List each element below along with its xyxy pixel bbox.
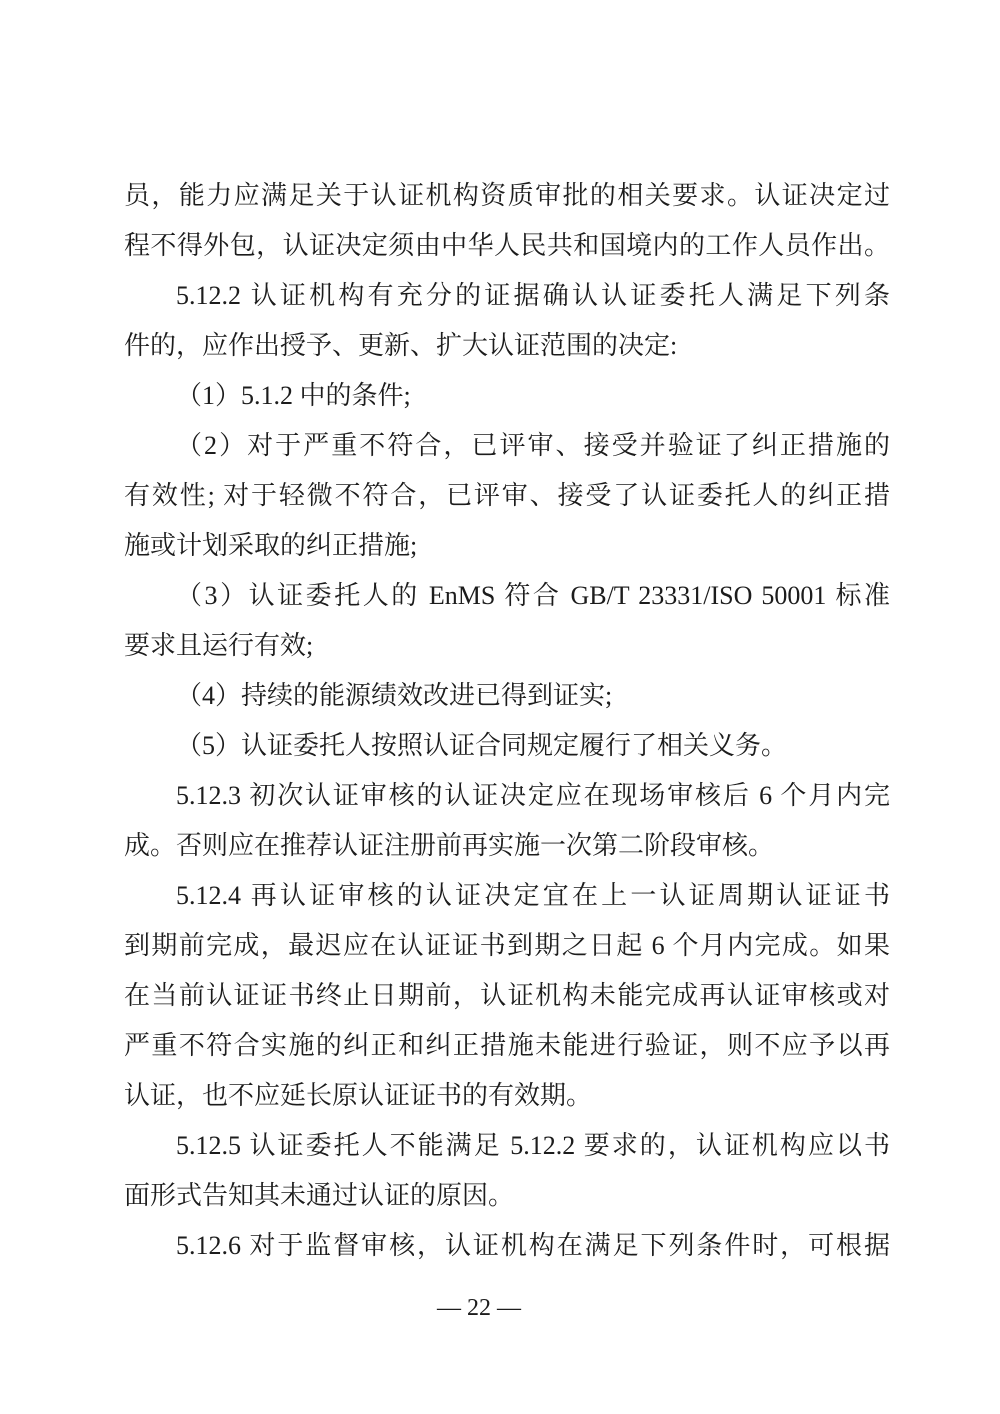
text-line: 面形式告知其未通过认证的原因。 [124,1171,890,1221]
text-line: 成。否则应在推荐认证注册前再实施一次第二阶段审核。 [124,821,890,871]
text-line: 到期前完成，最迟应在认证证书到期之日起 6 个月内完成。如果 [124,921,890,971]
list-item-4: （4）持续的能源绩效改进已得到证实; [124,671,890,721]
text-line: 有效性; 对于轻微不符合，已评审、接受了认证委托人的纠正措 [124,471,890,521]
section-heading-5-12-5: 5.12.5 认证委托人不能满足 5.12.2 要求的，认证机构应以书 [124,1121,890,1171]
text-line: 在当前认证证书终止日期前，认证机构未能完成再认证审核或对 [124,971,890,1021]
text-line: 严重不符合实施的纠正和纠正措施未能进行验证，则不应予以再 [124,1021,890,1071]
page-number: — 22 — [437,1288,521,1328]
list-item-3: （3）认证委托人的 EnMS 符合 GB/T 23331/ISO 50001 标… [124,571,890,621]
text-line: 认证，也不应延长原认证证书的有效期。 [124,1071,890,1121]
document-page: 员，能力应满足关于认证机构资质审批的相关要求。认证决定过 程不得外包，认证决定须… [0,0,1000,1414]
text-line: 件的，应作出授予、更新、扩大认证范围的决定: [124,321,890,371]
text-line: 程不得外包，认证决定须由中华人民共和国境内的工作人员作出。 [124,221,890,271]
section-heading-5-12-6: 5.12.6 对于监督审核，认证机构在满足下列条件时，可根据 [124,1221,890,1271]
section-heading-5-12-3: 5.12.3 初次认证审核的认证决定应在现场审核后 6 个月内完 [124,771,890,821]
text-line: 要求且运行有效; [124,621,890,671]
section-heading-5-12-2: 5.12.2 认证机构有充分的证据确认认证委托人满足下列条 [124,271,890,321]
body-text: 员，能力应满足关于认证机构资质审批的相关要求。认证决定过 程不得外包，认证决定须… [124,171,890,1271]
text-line: 施或计划采取的纠正措施; [124,521,890,571]
section-heading-5-12-4: 5.12.4 再认证审核的认证决定宜在上一认证周期认证证书 [124,871,890,921]
list-item-1: （1）5.1.2 中的条件; [124,371,890,421]
list-item-5: （5）认证委托人按照认证合同规定履行了相关义务。 [124,721,890,771]
list-item-2: （2）对于严重不符合，已评审、接受并验证了纠正措施的 [124,421,890,471]
text-line: 员，能力应满足关于认证机构资质审批的相关要求。认证决定过 [124,171,890,221]
